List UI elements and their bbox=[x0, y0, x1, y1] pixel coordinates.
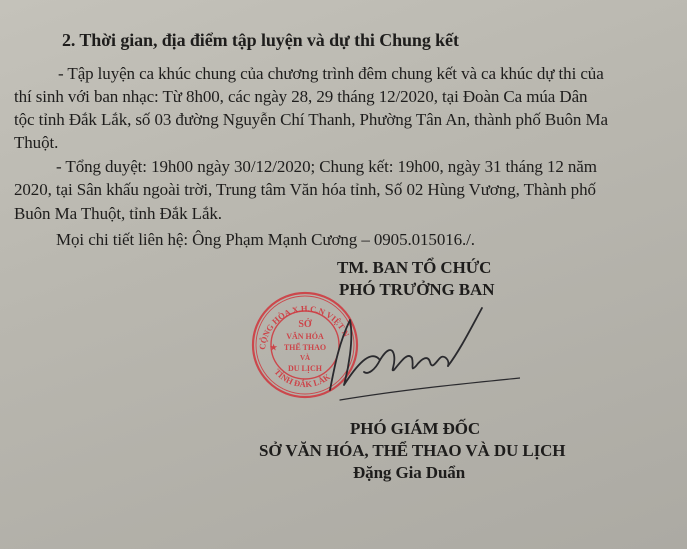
paragraph-2-line-2: 2020, tại Sân khấu ngoài trời, Trung tâm… bbox=[14, 180, 596, 200]
signature-role: PHÓ TRƯỞNG BAN bbox=[339, 280, 494, 300]
stamp-line-5: DU LỊCH bbox=[288, 364, 323, 373]
paragraph-2-line-3: Buôn Ma Thuột, tỉnh Đắk Lắk. bbox=[14, 204, 222, 224]
signer-title: PHÓ GIÁM ĐỐC bbox=[350, 419, 480, 439]
paragraph-1-line-2: thí sinh với ban nhạc: Từ 8h00, các ngày… bbox=[14, 87, 587, 107]
svg-text:★: ★ bbox=[270, 343, 278, 352]
handwritten-signature-icon bbox=[320, 300, 520, 410]
contact-line: Mọi chi tiết liên hệ: Ông Phạm Mạnh Cươn… bbox=[56, 230, 475, 250]
section-heading: 2. Thời gian, địa điểm tập luyện và dự t… bbox=[62, 30, 459, 51]
paragraph-2-line-1: - Tổng duyệt: 19h00 ngày 30/12/2020; Chu… bbox=[56, 157, 597, 177]
document-page: 2. Thời gian, địa điểm tập luyện và dự t… bbox=[0, 0, 687, 549]
paragraph-1-line-3: tộc tỉnh Đắk Lắk, số 03 đường Nguyễn Chí… bbox=[14, 110, 608, 130]
paragraph-1-line-4: Thuột. bbox=[14, 133, 58, 153]
signer-department: SỞ VĂN HÓA, THỂ THAO VÀ DU LỊCH bbox=[259, 441, 565, 461]
stamp-line-2: VĂN HÓA bbox=[286, 331, 324, 341]
stamp-line-1: SỞ bbox=[298, 318, 312, 330]
stamp-line-4: VÀ bbox=[300, 354, 310, 362]
paragraph-1-line-1: - Tập luyện ca khúc chung của chương trì… bbox=[58, 64, 604, 84]
signature-on-behalf: TM. BAN TỔ CHỨC bbox=[337, 258, 491, 278]
signer-name: Đặng Gia Duẩn bbox=[353, 463, 465, 483]
